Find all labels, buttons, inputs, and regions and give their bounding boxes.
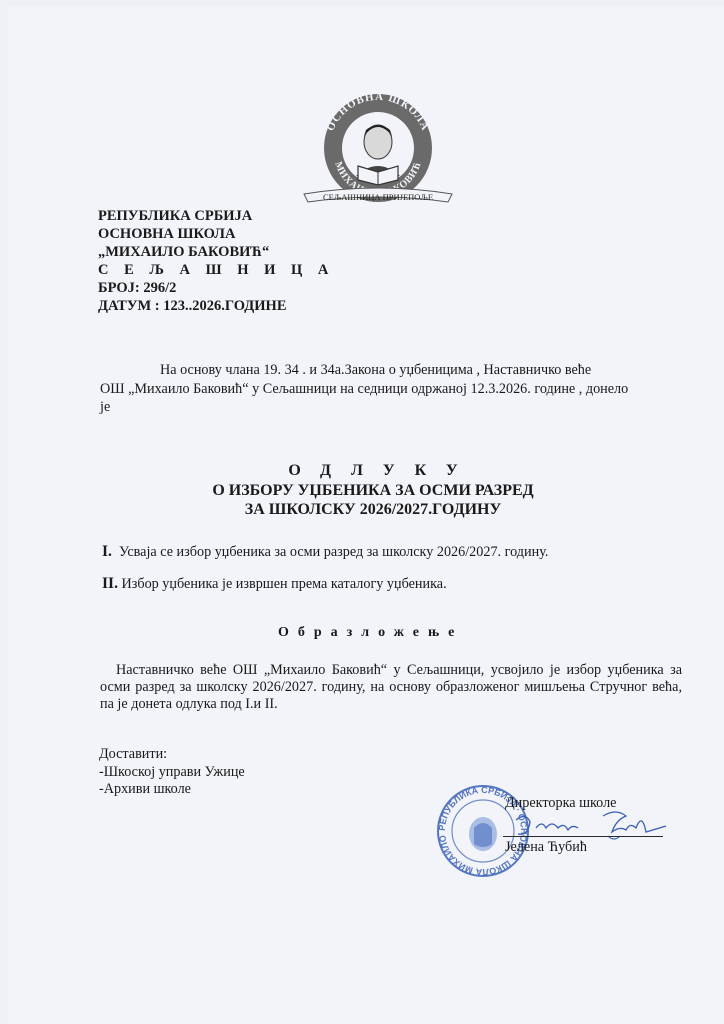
- title-subject: О ИЗБОРУ УЏБЕНИКА ЗА ОСМИ РАЗРЕД: [128, 481, 618, 501]
- signatory-name: Јелена Ћубић: [505, 839, 587, 856]
- signature-line: [503, 836, 663, 837]
- document-page: ОСНОВНА ШКОЛА МИХАИЛО БАКОВИЋ СЕЉАШНИЦА …: [8, 6, 724, 1024]
- delivery-label: Доставити:: [99, 746, 245, 764]
- header-school-type: ОСНОВНА ШКОЛА: [98, 225, 334, 243]
- delivery-list: Доставити: -Шкоској управи Ужице -Архиви…: [99, 746, 245, 799]
- item-text: Избор уџбеника је извршен према каталогу…: [122, 576, 447, 592]
- svg-text:СЕЉАШНИЦА ПРИЈЕПОЉЕ: СЕЉАШНИЦА ПРИЈЕПОЉЕ: [323, 192, 433, 202]
- decision-title: ОДЛУКУ О ИЗБОРУ УЏБЕНИКА ЗА ОСМИ РАЗРЕД …: [128, 461, 618, 520]
- header-number: БРОЈ: 296/2: [98, 279, 334, 297]
- intro-paragraph: На основу члана 19. 34 . и 34а.Закона о …: [100, 361, 680, 417]
- header-school-name: „МИХАИЛО БАКОВИЋ“: [98, 243, 334, 261]
- title-school-year: ЗА ШКОЛСКУ 2026/2027.ГОДИНУ: [128, 500, 618, 520]
- delivery-recipient: -Архиви школе: [99, 781, 245, 799]
- item-numeral: I.: [102, 543, 112, 560]
- header-place: С Е Љ А Ш Н И Ц А: [98, 261, 334, 279]
- header-country: РЕПУБЛИКА СРБИЈА: [98, 207, 334, 225]
- header-date: ДАТУМ : 123..2026.ГОДИНЕ: [98, 297, 334, 315]
- decision-item: I. Усваја се избор уџбеника за осми разр…: [102, 543, 548, 561]
- reasoning-paragraph: Наставничко веће ОШ „Михаило Баковић“ у …: [100, 662, 682, 713]
- title-decision: ОДЛУКУ: [148, 461, 618, 481]
- delivery-recipient: -Шкоској управи Ужице: [99, 764, 245, 782]
- item-numeral: II.: [102, 575, 118, 592]
- decision-item: II. Избор уџбеника је извршен према ката…: [102, 575, 447, 593]
- reasoning-heading: Образложење: [278, 625, 463, 641]
- item-text: Усваја се избор уџбеника за осми разред …: [119, 544, 548, 560]
- school-header: РЕПУБЛИКА СРБИЈА ОСНОВНА ШКОЛА „МИХАИЛО …: [98, 207, 334, 315]
- school-logo: ОСНОВНА ШКОЛА МИХАИЛО БАКОВИЋ СЕЉАШНИЦА …: [298, 90, 458, 206]
